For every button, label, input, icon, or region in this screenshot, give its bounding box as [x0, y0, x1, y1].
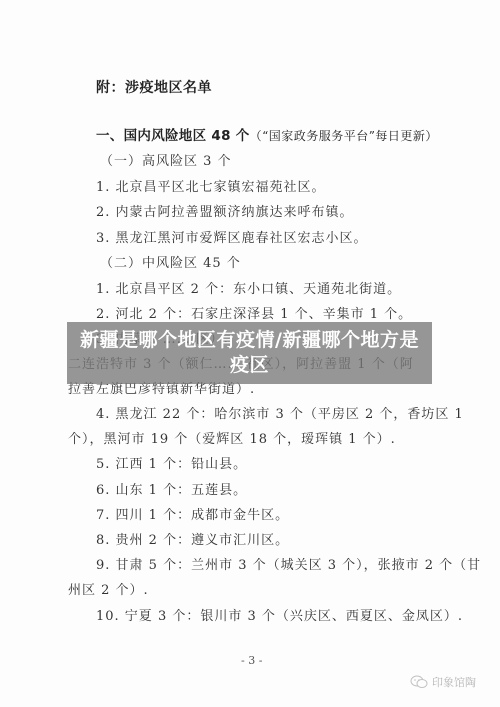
medium-risk-line: 州区 2 个）.	[68, 583, 149, 599]
watermark: 印象馆陶	[410, 674, 476, 690]
wechat-icon	[410, 675, 428, 689]
section-heading-domestic-risk: 一、国内风险地区 48 个（“国家政务服务平台”每日更新）	[96, 128, 438, 144]
high-risk-item: 3. 黑龙江黑河市爱辉区鹿春社区宏志小区。	[96, 231, 368, 247]
subheading-medium-risk: （二）中风险区 45 个	[100, 256, 241, 272]
page-number: - 3 -	[241, 654, 262, 667]
medium-risk-line: 6. 山东 1 个：五莲县。	[96, 483, 247, 499]
section-heading-text: 一、国内风险地区 48 个	[96, 128, 250, 144]
watermark-text: 印象馆陶	[432, 674, 476, 690]
medium-risk-line: 4. 黑龙江 22 个：哈尔滨市 3 个（平房区 2 个，香坊区 1	[96, 407, 464, 423]
medium-risk-line: 拉善左旗巴彦特镇新华街道）.	[68, 382, 255, 398]
overlay-title: 新疆是哪个地区有疫情/新疆哪个地方是疫区	[80, 328, 420, 378]
high-risk-item: 2. 内蒙古阿拉善盟额济纳旗达来呼布镇。	[96, 205, 354, 221]
medium-risk-line: 10. 宁夏 3 个：银川市 3 个（兴庆区、西夏区、金凤区）.	[96, 609, 463, 625]
medium-risk-line: 7. 四川 1 个：成都市金牛区。	[96, 508, 289, 524]
section-heading-note: （“国家政务服务平台”每日更新）	[250, 129, 438, 143]
medium-risk-line: 2. 河北 2 个：石家庄深泽县 1 个、辛集市 1 个。	[96, 307, 412, 323]
high-risk-item: 1. 北京昌平区北七家镇宏福苑社区。	[96, 180, 326, 196]
document-title: 附：涉疫地区名单	[96, 80, 212, 96]
medium-risk-line: 8. 贵州 2 个：遵义市汇川区。	[96, 533, 289, 549]
subheading-high-risk: （一）高风险区 3 个	[100, 154, 232, 170]
medium-risk-line: 个），黑河市 19 个（爱辉区 18 个，瑷珲镇 1 个）.	[68, 432, 396, 448]
medium-risk-line: 9. 甘肃 5 个：兰州市 3 个（城关区 3 个），张掖市 2 个（甘	[96, 558, 481, 574]
medium-risk-line: 5. 江西 1 个：铅山县。	[96, 457, 247, 473]
medium-risk-line: 1. 北京昌平区 2 个：东小口镇、天通苑北街道。	[96, 282, 401, 298]
title-overlay-banner: 新疆是哪个地区有疫情/新疆哪个地方是疫区	[67, 322, 432, 384]
